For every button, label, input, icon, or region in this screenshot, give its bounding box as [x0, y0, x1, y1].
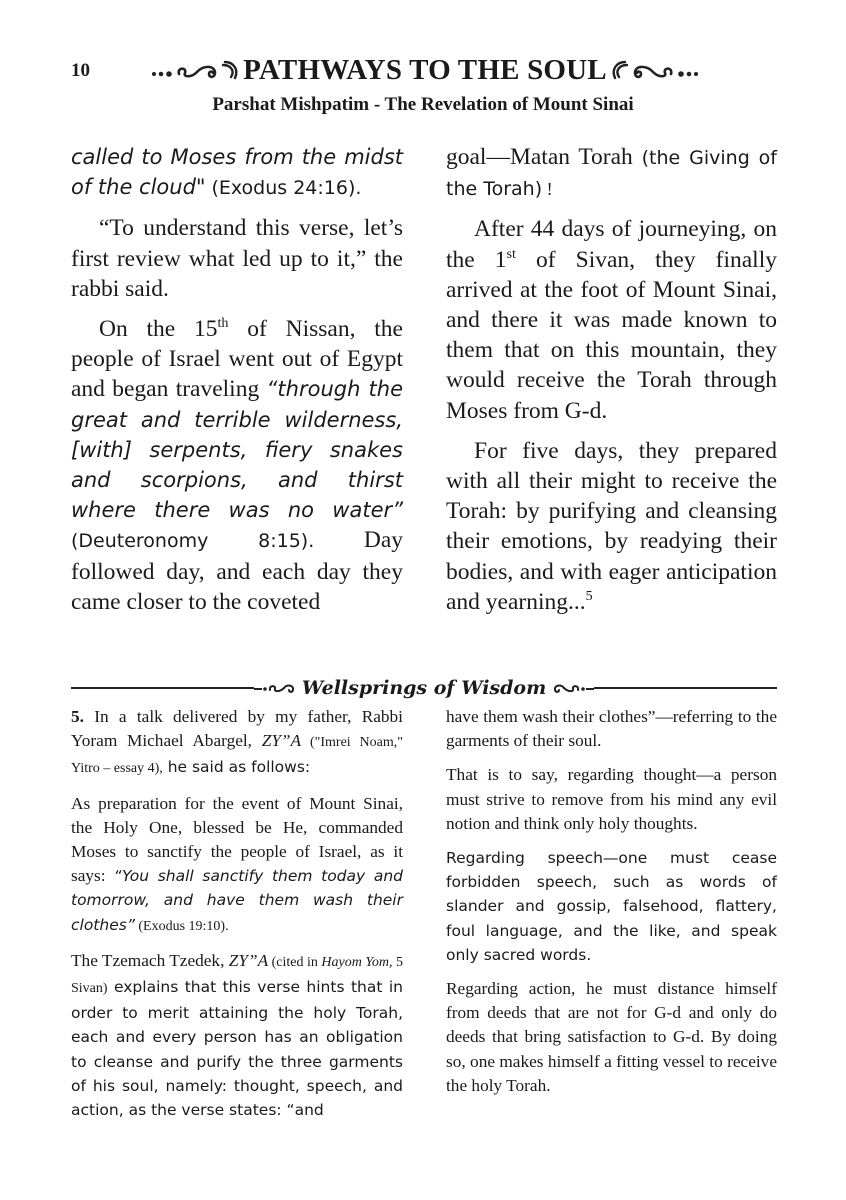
chapter-subtitle: Parshat Mishpatim - The Revelation of Mo…: [0, 94, 846, 116]
footnote-paragraph: That is to say, regarding thought—a pers…: [446, 763, 777, 836]
paragraph: “To understand this verse, let’s first r…: [71, 213, 403, 304]
footnote-paragraph: Regarding action, he must distance himse…: [446, 977, 777, 1098]
paragraph: For five days, they prepared with all th…: [446, 436, 777, 617]
footnote-number: 5.: [71, 707, 84, 726]
divider-label: Wellsprings of Wisdom: [298, 677, 550, 699]
right-scroll-ornament-icon: [550, 680, 594, 696]
footnote-paragraph: The Tzemach Tzedek, ZY”A (cited in Hayom…: [71, 949, 403, 1122]
main-right-column: goal—Matan Torah (the Giving of the Tora…: [446, 142, 777, 627]
footnote-paragraph: have them wash their clothes”—referring …: [446, 705, 777, 753]
divider-line: [71, 687, 254, 689]
section-divider: Wellsprings of Wisdom: [71, 674, 777, 702]
citation: (Exodus 19:10).: [135, 919, 229, 934]
footnote-right-column: have them wash their clothes”—referring …: [446, 705, 777, 1108]
verse-reference: (Deuteronomy 8:15).: [71, 530, 314, 552]
right-scroll-ornament-icon: [607, 59, 699, 81]
verse-quote: “You shall sanctify them today and tomor…: [71, 867, 403, 933]
paragraph: On the 15th of Nissan, the people of Isr…: [71, 314, 403, 617]
footnote-paragraph: As preparation for the event of Mount Si…: [71, 792, 403, 939]
footnote-paragraph: 5. In a talk delivered by my father, Rab…: [71, 705, 403, 782]
paragraph: goal—Matan Torah (the Giving of the Tora…: [446, 142, 777, 204]
running-header: PATHWAYS TO THE SOUL: [130, 50, 720, 90]
book-title: PATHWAYS TO THE SOUL: [243, 54, 607, 87]
footnote-reference[interactable]: 5: [586, 588, 593, 604]
page-number: 10: [71, 60, 90, 82]
footnote-paragraph: Regarding speech—one must cease forbidde…: [446, 846, 777, 967]
verse-reference: (Exodus 24:16).: [211, 177, 361, 199]
paragraph: After 44 days of journeying, on the 1st …: [446, 214, 777, 425]
left-scroll-ornament-icon: [254, 680, 298, 696]
left-scroll-ornament-icon: [151, 59, 243, 81]
main-left-column: called to Moses from the midst of the cl…: [71, 142, 403, 627]
divider-line: [594, 687, 777, 689]
footnote-left-column: 5. In a talk delivered by my father, Rab…: [71, 705, 403, 1132]
paragraph: called to Moses from the midst of the cl…: [71, 142, 403, 203]
